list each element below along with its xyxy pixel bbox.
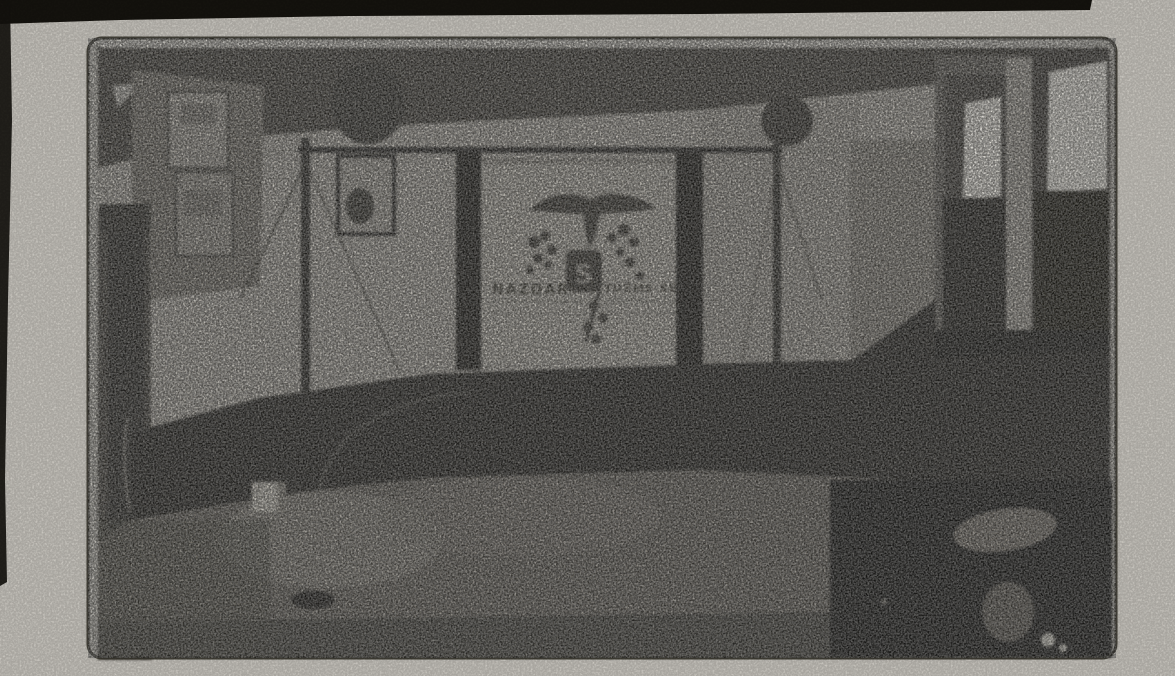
paper-grain bbox=[0, 0, 1175, 676]
scanned-photograph-page: S bbox=[0, 0, 1175, 676]
